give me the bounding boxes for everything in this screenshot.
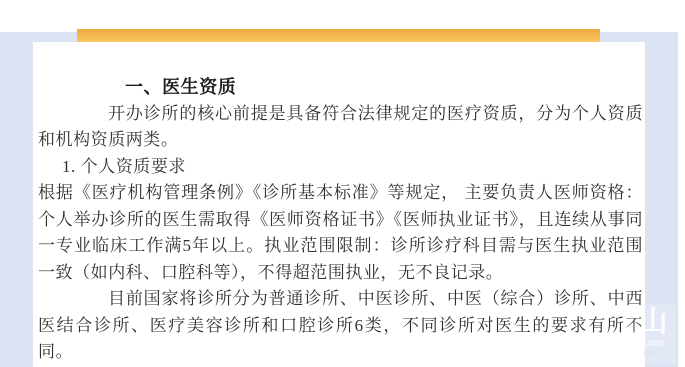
article-card: 一、医生资质 开办诊所的核心前提是具备符合法律规定的医疗资质，分为个人资质和机构… <box>33 42 645 367</box>
page: 一、医生资质 开办诊所的核心前提是具备符合法律规定的医疗资质，分为个人资质和机构… <box>0 0 685 367</box>
paragraph-requirements: 根据《医疗机构管理条例》《诊所基本标准》等规定， 主要负责人医师资格：个人举办诊… <box>38 180 643 286</box>
paragraph-intro: 开办诊所的核心前提是具备符合法律规定的医疗资质，分为个人资质和机构资质两类。 <box>38 101 643 154</box>
paragraph-clinic-types: 目前国家将诊所分为普通诊所、中医诊所、中医（综合）诊所、中西医结合诊所、医疗美容… <box>38 286 643 366</box>
article-heading: 一、医生资质 <box>38 74 643 101</box>
accent-bar <box>77 29 600 42</box>
paragraph-subheading: 1. 个人资质要求 <box>38 154 643 181</box>
